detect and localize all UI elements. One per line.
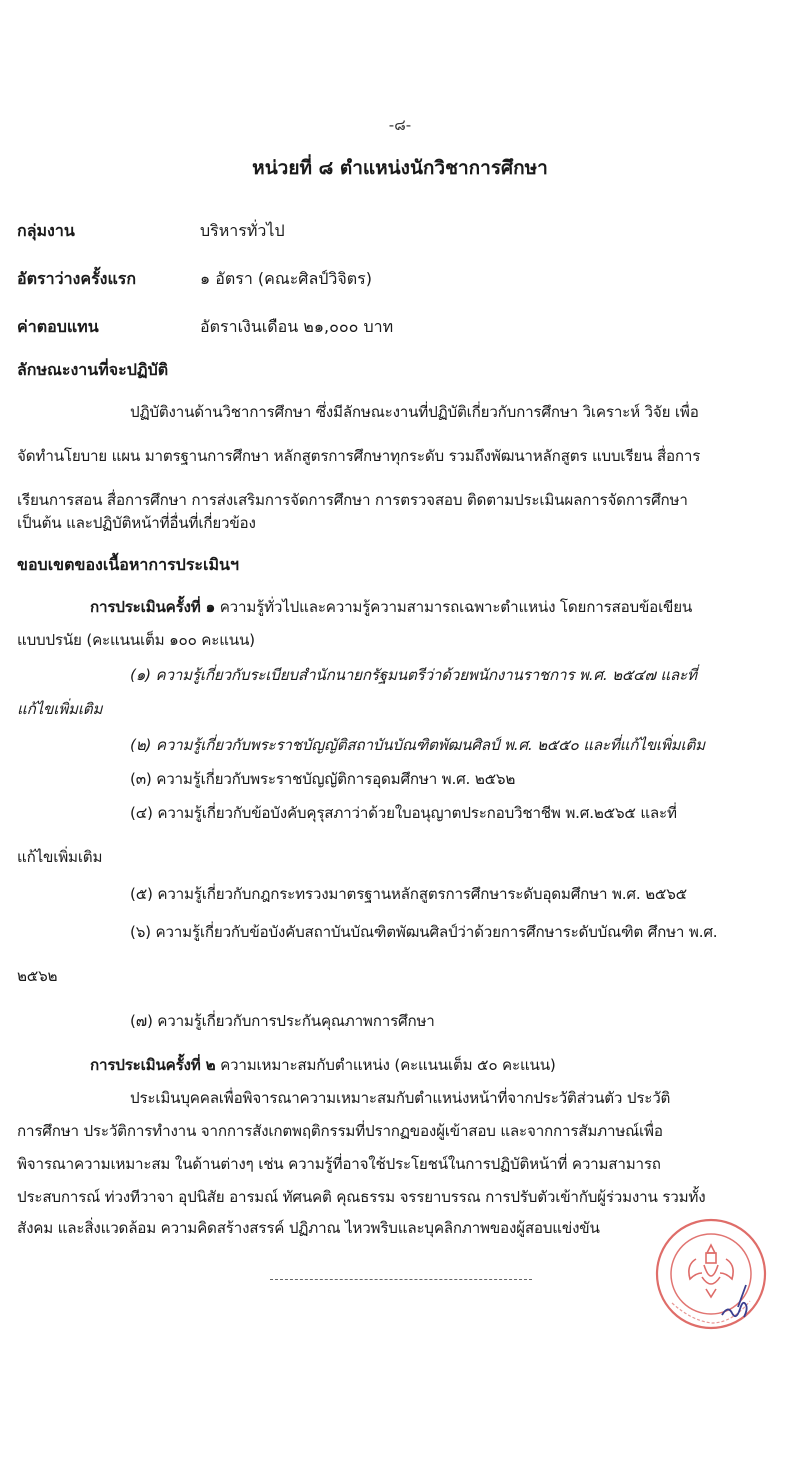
round2-line: พิจารณาความเหมาะสม ในด้านต่างๆ เช่น ความ… (17, 1152, 661, 1176)
scope-heading: ขอบเขตของเนื้อหาการประเมินฯ (17, 553, 239, 578)
round1-item-5: (๕) ความรู้เกี่ยวกับกฎกระทรวงมาตรฐานหลัก… (130, 882, 687, 906)
official-seal-icon (652, 1215, 770, 1333)
round1-item-1: (๑) ความรู้เกี่ยวกับระเบียบสำนักนายกรัฐม… (130, 663, 697, 687)
round1-text-cont: แบบปรนัย (คะแนนเต็ม ๑๐๐ คะแนน) (17, 628, 255, 652)
round2-label: การประเมินครั้งที่ ๒ (90, 1056, 215, 1074)
round1-text: ความรู้ทั่วไปและความรู้ความสามารถเฉพาะตำ… (215, 598, 692, 616)
round2-intro: การประเมินครั้งที่ ๒ ความเหมาะสมกับตำแหน… (90, 1053, 556, 1077)
round1-item-7: (๗) ความรู้เกี่ยวกับการประกันคุณภาพการศึ… (130, 1009, 435, 1033)
round2-text: ความเหมาะสมกับตำแหน่ง (คะแนนเต็ม ๕๐ คะแน… (215, 1056, 555, 1074)
info-value-vacancy: ๑ อัตรา (คณะศิลป์วิจิตร) (200, 267, 372, 292)
duties-line: ปฏิบัติงานด้านวิชาการศึกษา ซึ่งมีลักษณะง… (130, 400, 699, 424)
info-label-salary: ค่าตอบแทน (17, 315, 99, 340)
info-value-work-group: บริหารทั่วไป (200, 219, 285, 244)
page-number: -๘- (0, 113, 800, 137)
info-value-salary: อัตราเงินเดือน ๒๑,๐๐๐ บาท (200, 315, 393, 340)
duties-heading: ลักษณะงานที่จะปฏิบัติ (17, 358, 168, 383)
round2-line: ประสบการณ์ ท่วงทีวาจา อุปนิสัย อารมณ์ ทั… (17, 1185, 705, 1209)
page-title: หน่วยที่ ๘ ตำแหน่งนักวิชาการศึกษา (0, 153, 800, 183)
round1-label: การประเมินครั้งที่ ๑ (90, 598, 215, 616)
round2-line: ประเมินบุคคลเพื่อพิจารณาความเหมาะสมกับตำ… (130, 1086, 670, 1110)
round2-line: การศึกษา ประวัติการทำงาน จากการสังเกตพฤต… (17, 1119, 663, 1143)
round1-item-6: (๖) ความรู้เกี่ยวกับข้อบังคับสถาบันบัณฑิ… (130, 920, 717, 944)
round1-item-6-cont: ๒๕๖๒ (17, 964, 57, 988)
end-divider (270, 1279, 532, 1280)
info-label-vacancy: อัตราว่างครั้งแรก (17, 267, 136, 292)
round1-item-4: (๔) ความรู้เกี่ยวกับข้อบังคับคุรุสภาว่าด… (130, 801, 677, 825)
info-label-work-group: กลุ่มงาน (17, 219, 75, 244)
round1-item-2: (๒) ความรู้เกี่ยวกับพระราชบัญญัติสถาบันบ… (130, 733, 705, 757)
round2-line: สังคม และสิ่งแวดล้อม ความคิดสร้างสรรค์ ป… (17, 1216, 600, 1240)
round1-item-1-cont: แก้ไขเพิ่มเติม (17, 697, 102, 721)
document-page: -๘- หน่วยที่ ๘ ตำแหน่งนักวิชาการศึกษา กล… (0, 0, 800, 1466)
duties-line: เรียนการสอน สื่อการศึกษา การส่งเสริมการจ… (17, 488, 688, 512)
round1-item-4-cont: แก้ไขเพิ่มเติม (17, 845, 102, 869)
duties-line: จัดทำนโยบาย แผน มาตรฐานการศึกษา หลักสูตร… (17, 444, 700, 468)
duties-line: เป็นต้น และปฏิบัติหน้าที่อื่นที่เกี่ยวข้… (17, 511, 256, 535)
round1-intro: การประเมินครั้งที่ ๑ ความรู้ทั่วไปและควา… (90, 595, 692, 619)
round1-item-3: (๓) ความรู้เกี่ยวกับพระราชบัญญัติการอุดม… (130, 767, 515, 791)
